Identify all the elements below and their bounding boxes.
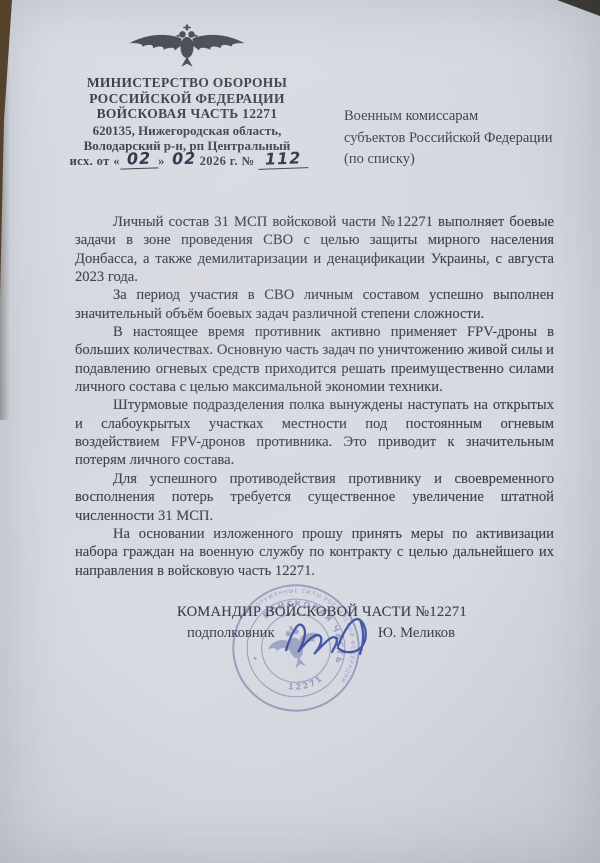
ref-year-number-label: 2026 г. № bbox=[200, 154, 255, 168]
body-paragraph: Для успешного противодействия противнику… bbox=[75, 470, 554, 525]
letterhead: МИНИСТЕРСТВО ОБОРОНЫРОССИЙСКОЙ ФЕДЕРАЦИИ… bbox=[52, 22, 322, 153]
paper-edge-shadow bbox=[0, 0, 10, 420]
handwritten-month: 02 bbox=[172, 149, 197, 169]
addressee-line: Военным комиссарам bbox=[344, 106, 553, 128]
handwritten-number: 112 bbox=[258, 148, 309, 170]
body-paragraph: За период участия в СВО личным составом … bbox=[75, 286, 554, 323]
address-line: 620135, Нижегородская область, bbox=[52, 123, 322, 138]
body-paragraph: Штурмовые подразделения полка вынуждены … bbox=[75, 396, 554, 469]
body-paragraph: В настоящее время противник активно прим… bbox=[75, 323, 554, 396]
mod-eagle-emblem-icon bbox=[126, 22, 248, 72]
signature-block: КОМАНДИР ВОЙСКОВОЙ ЧАСТИ №12271 подполко… bbox=[177, 604, 455, 642]
letter-paper: МИНИСТЕРСТВО ОБОРОНЫРОССИЙСКОЙ ФЕДЕРАЦИИ… bbox=[0, 0, 600, 863]
stamp-star-left: ✦ bbox=[252, 654, 260, 663]
org-line: РОССИЙСКОЙ ФЕДЕРАЦИИ bbox=[52, 91, 322, 107]
stamp-number-text: 12271 bbox=[285, 672, 326, 695]
ref-close-quote: » bbox=[158, 154, 165, 168]
addressee-block: Военным комиссарамсубъектов Российской Ф… bbox=[344, 106, 553, 171]
org-line: МИНИСТЕРСТВО ОБОРОНЫ bbox=[52, 75, 322, 91]
body-paragraph: На основании изложенного прошу принять м… bbox=[75, 525, 554, 580]
unit-round-stamp: ВООРУЖЕННЫЕ СИЛЫ РОССИЙСКОЙ ФЕДЕРАЦИИ ВО… bbox=[216, 568, 376, 728]
addressee-line: субъектов Российской Федерации bbox=[344, 128, 553, 150]
body-paragraph: Личный состав 31 МСП войсковой части №12… bbox=[75, 213, 554, 286]
org-line: ВОЙСКОВАЯ ЧАСТЬ 12271 bbox=[52, 106, 322, 122]
signer-name: Ю. Меликов bbox=[378, 625, 455, 642]
commander-title: КОМАНДИР ВОЙСКОВОЙ ЧАСТИ №12271 bbox=[177, 604, 455, 621]
handwritten-day: 02 bbox=[120, 148, 159, 169]
outgoing-ref-line: исх. от «02» 02 2026 г. № 112 bbox=[58, 150, 320, 170]
org-name-lines: МИНИСТЕРСТВО ОБОРОНЫРОССИЙСКОЙ ФЕДЕРАЦИИ… bbox=[52, 75, 322, 122]
addressee-line: (по списку) bbox=[344, 149, 553, 171]
ref-prefix: исх. от « bbox=[70, 154, 120, 168]
rank-label: подполковник bbox=[187, 625, 275, 642]
svg-text:12271: 12271 bbox=[285, 672, 326, 695]
letter-body: Личный состав 31 МСП войсковой части №12… bbox=[75, 213, 554, 580]
